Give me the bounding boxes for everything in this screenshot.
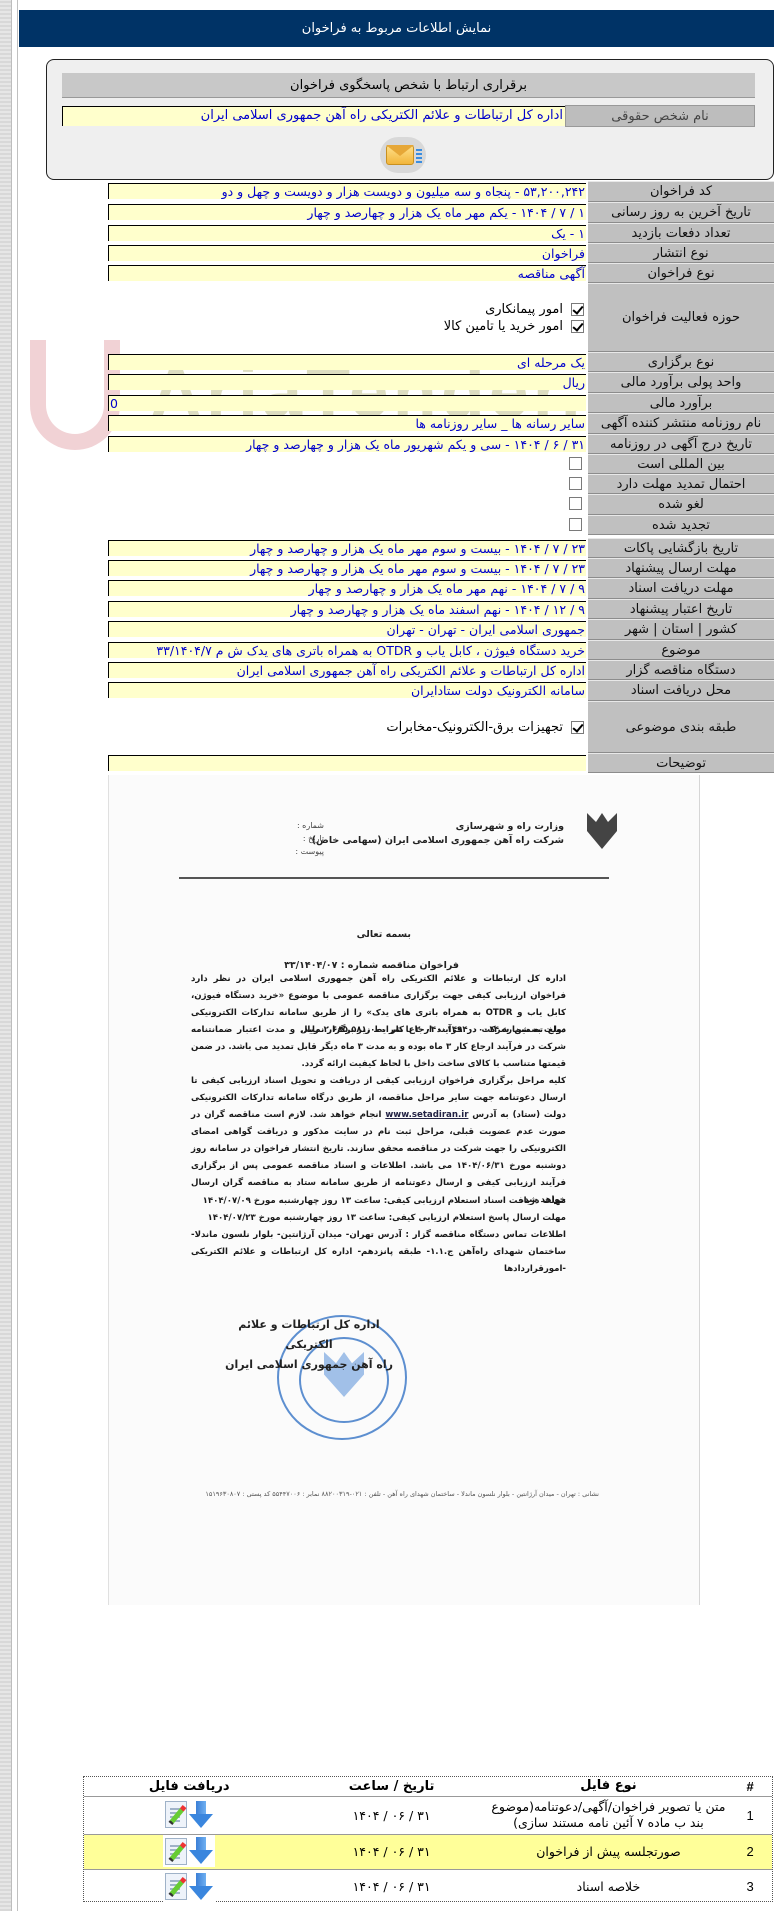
label-currency: واحد پولی برآورد مالی	[588, 372, 774, 393]
value-location: جمهوری اسلامی ایران - تهران - تهران	[108, 621, 586, 637]
row-opening-date: تاریخ بازگشایی پاکات ۲۳ / ۷ / ۱۴۰۴ - بیس…	[108, 538, 774, 558]
file-type: متن یا تصویر فراخوان/آگهی/دعوتنامه(موضوع…	[489, 1796, 728, 1834]
value-subject: خرید دستگاه فیوژن ، کابل یاب و OTDR به ه…	[108, 642, 586, 658]
checkbox-contracting[interactable]	[571, 303, 584, 316]
label-international: بین المللی است	[588, 454, 774, 474]
row-subject: موضوع خرید دستگاه فیوژن ، کابل یاب و OTD…	[108, 640, 774, 660]
value-newspaper: سایر رسانه ها _ سایر روزنامه ها	[108, 415, 586, 431]
checkbox-renewed[interactable]	[569, 518, 582, 531]
option-electrical-equipment[interactable]: تجهیزات برق-الکترونیک-مخابرات	[386, 719, 584, 736]
file-row: 3 خلاصه اسناد ۱۴۰۴ / ۰۶ / ۳۱	[84, 1869, 772, 1904]
label-description: توضیحات	[588, 753, 774, 773]
doc-company: شرکت راه آهن جمهوری اسلامی ایران (سهامی …	[312, 835, 564, 846]
option-label: امور خرید یا تامین کالا	[444, 319, 563, 334]
value-docs-place: سامانه الکترونیک دولت ستادایران	[108, 682, 586, 698]
doc-divider	[179, 877, 609, 879]
value-currency: ریال	[108, 374, 586, 390]
download-button[interactable]	[163, 1871, 215, 1903]
row-organizer: دستگاه مناقصه گزار اداره کل ارتباطات و ع…	[108, 660, 774, 680]
tender-document-image: وزارت راه و شهرسازی شرکت راه آهن جمهوری …	[108, 775, 700, 1605]
header-date: تاریخ / ساعت	[294, 1777, 488, 1796]
label-publish-type: نوع انتشار	[588, 243, 774, 263]
doc-paragraph-3b: انجام خواهد شد. لازم است مناقصه گران در …	[191, 1110, 566, 1205]
activity-scope-options: امور پیمانکاری امور خرید یا تامین کالا	[444, 283, 584, 352]
send-waves	[416, 149, 422, 163]
download-arrow-icon[interactable]	[189, 1873, 213, 1901]
label-opening-date: تاریخ بازگشایی پاکات	[588, 538, 774, 558]
doc-line-docs: مهلت دریافت اسناد استعلام ارزیابی کیفی: …	[191, 1193, 566, 1210]
option-procurement[interactable]: امور خرید یا تامین کالا	[444, 318, 584, 335]
left-scroll-rail	[0, 0, 12, 1911]
setadiran-link[interactable]: www.setadiran.ir	[385, 1110, 468, 1120]
page-title: نمایش اطلاعات مربوط به فراخوان	[19, 10, 774, 47]
legal-name-value: اداره کل ارتباطات و علائم الکتریکی راه آ…	[62, 106, 565, 126]
doc-signature: اداره کل ارتباطات و علائم الکتریکی راه آ…	[214, 1315, 404, 1375]
value-holding-type: یک مرحله ای	[108, 354, 586, 370]
file-index: 1	[728, 1796, 772, 1834]
railway-logo-icon	[587, 813, 617, 849]
label-organizer: دستگاه مناقصه گزار	[588, 660, 774, 680]
row-docs-place: محل دریافت اسناد سامانه الکترونیک دولت س…	[108, 680, 774, 701]
row-docs-deadline: مهلت دریافت اسناد ۹ / ۷ / ۱۴۰۴ - نهم مهر…	[108, 578, 774, 599]
doc-meta-attach: پیوست :	[295, 847, 324, 856]
row-newspaper-date: تاریخ درج آگهی در روزنامه ۳۱ / ۶ / ۱۴۰۴ …	[108, 434, 774, 454]
row-tender-code: کد فراخوان ۵۳,۲۰۰,۲۴۲ - پنجاه و سه میلیو…	[108, 181, 774, 202]
file-type: خلاصه اسناد	[489, 1869, 728, 1904]
label-category: طبقه بندی موضوعی	[588, 701, 774, 753]
doc-title: فراخوان مناقصه شماره : ۳۳/۱۴۰۴/۰۷	[284, 960, 459, 971]
file-type: صورتجلسه پیش از فراخوان	[489, 1834, 728, 1869]
file-download-cell	[84, 1869, 294, 1904]
doc-line-reply: مهلت ارسال پاسخ استعلام ارزیابی کیفی: سا…	[191, 1210, 566, 1227]
row-international: بین المللی است	[108, 454, 774, 474]
file-download-cell	[84, 1796, 294, 1834]
file-index: 3	[728, 1869, 772, 1904]
checkbox-cancelled[interactable]	[569, 497, 582, 510]
legal-name-label: نام شخص حقوقی	[565, 105, 755, 127]
doc-footer: نشانی : تهران - میدان آرژانتین - بلوار ن…	[189, 1490, 599, 1498]
value-visit-count: ۱ - یک	[108, 225, 586, 241]
download-arrow-icon[interactable]	[189, 1837, 213, 1865]
row-submit-deadline: مهلت ارسال پیشنهاد ۲۳ / ۷ / ۱۴۰۴ - بیست …	[108, 558, 774, 578]
signature-line-2: راه آهن جمهوری اسلامی ایران	[214, 1355, 404, 1375]
doc-paragraph-3: کلیه مراحل برگزاری فراخوان ارزیابی کیفی …	[191, 1073, 566, 1209]
label-extension-possible: احتمال تمدید مهلت دارد	[588, 474, 774, 494]
download-arrow-icon[interactable]	[189, 1801, 213, 1829]
option-label: تجهیزات برق-الکترونیک-مخابرات	[386, 720, 563, 735]
value-validity-date: ۹ / ۱۲ / ۱۴۰۴ - نهم اسفند ماه یک هزار و …	[108, 601, 586, 617]
doc-meta-number: شماره :	[297, 821, 324, 830]
checkbox-procurement[interactable]	[571, 320, 584, 333]
doc-meta-date: تاریخ :	[303, 834, 324, 843]
checkbox-extension-possible[interactable]	[569, 477, 582, 490]
download-button[interactable]	[163, 1835, 215, 1867]
row-last-update: تاریخ آخرین به روز رسانی ۱ / ۷ / ۱۴۰۴ - …	[108, 202, 774, 223]
doc-bismillah: بسمه تعالی	[357, 929, 411, 940]
value-docs-deadline: ۹ / ۷ / ۱۴۰۴ - نهم مهر ماه یک هزار و چها…	[108, 580, 586, 596]
label-validity-date: تاریخ اعتبار پیشنهاد	[588, 599, 774, 619]
value-opening-date: ۲۳ / ۷ / ۱۴۰۴ - بیست و سوم مهر ماه یک هز…	[108, 540, 586, 556]
doc-paragraph-2: مبلغ تضمین شرکت در فرآیند ارجاع کار ۲,۶۸…	[191, 1022, 566, 1073]
option-label: امور پیمانکاری	[485, 302, 563, 317]
row-category: طبقه بندی موضوعی تجهیزات برق-الکترونیک-م…	[108, 701, 774, 753]
contact-heading: برقراری ارتباط با شخص پاسخگوی فراخوان	[62, 73, 755, 98]
value-description	[108, 755, 586, 771]
label-location: کشور | استان | شهر	[588, 619, 774, 640]
row-newspaper: نام روزنامه منتشر کننده آگهی سایر رسانه …	[108, 413, 774, 434]
value-tender-code: ۵۳,۲۰۰,۲۴۲ - پنجاه و سه میلیون و دویست ه…	[108, 183, 586, 199]
row-visit-count: تعداد دفعات بازدید ۱ - یک	[108, 223, 774, 243]
row-extension-possible: احتمال تمدید مهلت دارد	[108, 474, 774, 494]
document-edit-icon[interactable]	[165, 1838, 187, 1865]
row-publish-type: نوع انتشار فراخوان	[108, 243, 774, 263]
value-submit-deadline: ۲۳ / ۷ / ۱۴۰۴ - بیست و سوم مهر ماه یک هز…	[108, 560, 586, 576]
row-tender-type: نوع فراخوان آگهی مناقصه	[108, 263, 774, 283]
label-docs-deadline: مهلت دریافت اسناد	[588, 578, 774, 599]
value-last-update: ۱ / ۷ / ۱۴۰۴ - یکم مهر ماه یک هزار و چها…	[108, 204, 586, 220]
row-renewed: تجدید شده	[108, 515, 774, 535]
label-newspaper: نام روزنامه منتشر کننده آگهی	[588, 413, 774, 434]
file-date: ۱۴۰۴ / ۰۶ / ۳۱	[294, 1869, 488, 1904]
doc-line-contact: اطلاعات تماس دستگاه مناقصه گزار : آدرس ت…	[191, 1227, 566, 1278]
option-contracting[interactable]: امور پیمانکاری	[444, 301, 584, 318]
file-row: 1 متن یا تصویر فراخوان/آگهی/دعوتنامه(موض…	[84, 1796, 772, 1834]
doc-ministry: وزارت راه و شهرسازی	[456, 821, 564, 832]
row-currency: واحد پولی برآورد مالی ریال	[108, 372, 774, 393]
value-publish-type: فراخوان	[108, 245, 586, 261]
files-table: # نوع فایل تاریخ / ساعت دریافت فایل 1 مت…	[83, 1776, 773, 1902]
file-row: 2 صورتجلسه پیش از فراخوان ۱۴۰۴ / ۰۶ / ۳۱	[84, 1834, 772, 1869]
value-organizer: اداره کل ارتباطات و علائم الکتریکی راه آ…	[108, 662, 586, 678]
label-subject: موضوع	[588, 640, 774, 660]
envelope-icon[interactable]	[380, 137, 426, 173]
checkbox-international[interactable]	[569, 457, 582, 470]
file-date: ۱۴۰۴ / ۰۶ / ۳۱	[294, 1834, 488, 1869]
file-index: 2	[728, 1834, 772, 1869]
value-estimate: 0	[108, 395, 586, 411]
label-holding-type: نوع برگزاری	[588, 352, 774, 372]
header-index: #	[728, 1777, 772, 1796]
checkbox-electrical-equipment[interactable]	[571, 721, 584, 734]
label-newspaper-date: تاریخ درج آگهی در روزنامه	[588, 434, 774, 454]
label-last-update: تاریخ آخرین به روز رسانی	[588, 202, 774, 223]
category-options: تجهیزات برق-الکترونیک-مخابرات	[386, 701, 584, 753]
label-renewed: تجدید شده	[588, 515, 774, 535]
label-activity-scope: حوزه فعالیت فراخوان	[588, 283, 774, 352]
header-download: دریافت فایل	[84, 1777, 294, 1796]
document-edit-icon[interactable]	[165, 1801, 187, 1828]
row-description: توضیحات	[108, 753, 774, 773]
label-visit-count: تعداد دفعات بازدید	[588, 223, 774, 243]
signature-line-1: اداره کل ارتباطات و علائم الکتریکی	[214, 1315, 404, 1355]
row-validity-date: تاریخ اعتبار پیشنهاد ۹ / ۱۲ / ۱۴۰۴ - نهم…	[108, 599, 774, 619]
row-cancelled: لغو شده	[108, 494, 774, 515]
document-edit-icon[interactable]	[165, 1873, 187, 1900]
row-location: کشور | استان | شهر جمهوری اسلامی ایران -…	[108, 619, 774, 640]
label-submit-deadline: مهلت ارسال پیشنهاد	[588, 558, 774, 578]
file-date: ۱۴۰۴ / ۰۶ / ۳۱	[294, 1796, 488, 1834]
label-tender-type: نوع فراخوان	[588, 263, 774, 283]
label-cancelled: لغو شده	[588, 494, 774, 515]
row-holding-type: نوع برگزاری یک مرحله ای	[108, 352, 774, 372]
download-button[interactable]	[163, 1799, 215, 1831]
row-activity-scope: حوزه فعالیت فراخوان امور پیمانکاری امور …	[108, 283, 774, 352]
header-file-type: نوع فایل	[489, 1777, 728, 1796]
value-newspaper-date: ۳۱ / ۶ / ۱۴۰۴ - سی و یکم شهریور ماه یک ه…	[108, 436, 586, 452]
label-docs-place: محل دریافت اسناد	[588, 680, 774, 701]
row-estimate: برآورد مالی 0	[108, 393, 774, 413]
file-download-cell	[84, 1834, 294, 1869]
label-tender-code: کد فراخوان	[588, 181, 774, 202]
value-tender-type: آگهی مناقصه	[108, 265, 586, 281]
envelope-flap	[386, 145, 414, 156]
label-estimate: برآورد مالی	[588, 393, 774, 413]
